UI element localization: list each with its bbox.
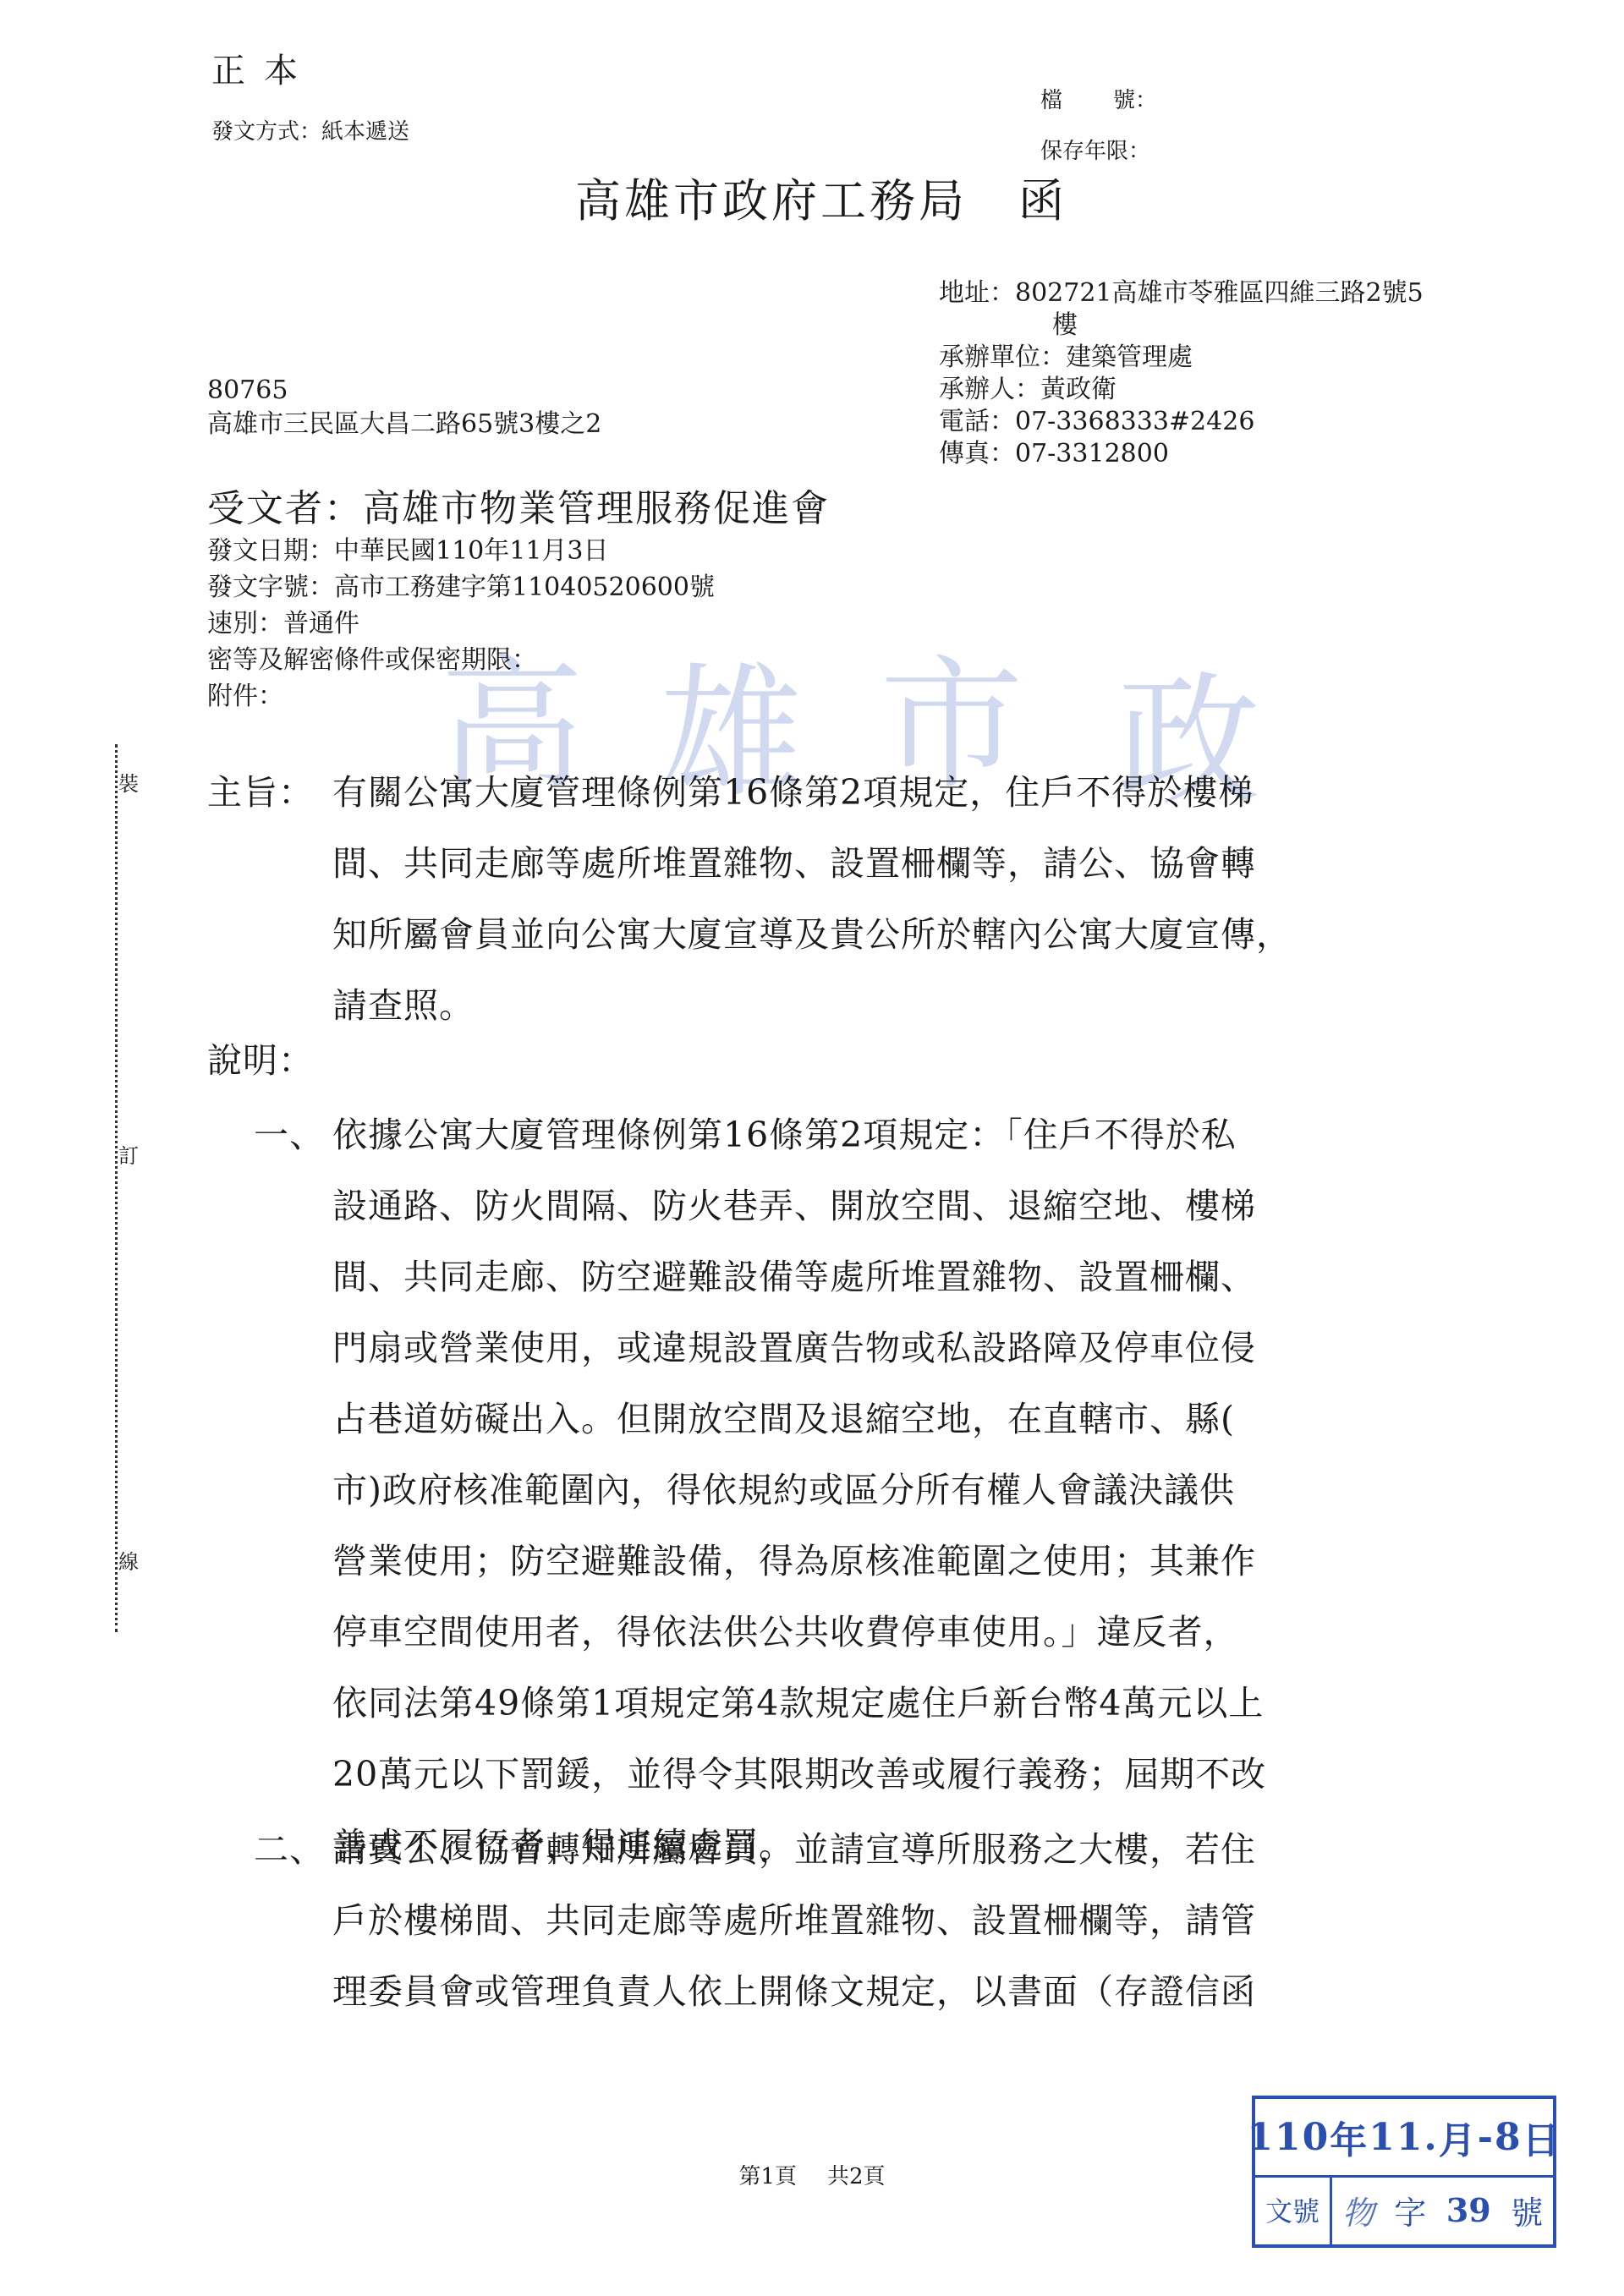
- sender-info: 地址：802721高雄市苓雅區四維三路2號5 樓 承辦單位：建築管理處 承辦人：…: [939, 277, 1424, 470]
- speed-class: 速別：普通件: [207, 606, 715, 642]
- title-organization: 高雄市政府工務局: [575, 174, 968, 227]
- subject-line: 有關公寓大廈管理條例第16條第2項規定，住戶不得於樓梯: [332, 772, 1254, 813]
- page-current: 第1頁: [738, 2164, 797, 2189]
- doc-suffix: 號: [1511, 2187, 1543, 2233]
- recipient-address: 高雄市三民區大昌二路65號3樓之2: [207, 408, 601, 441]
- recipient-address-block: 80765 高雄市三民區大昌二路65號3樓之2: [207, 374, 601, 441]
- item-line: 理委員會或管理負責人依上開條文規定，以書面（存證信函: [254, 1956, 1256, 2027]
- attachments: 附件：: [207, 678, 715, 715]
- item-line: 市)政府核准範圍內，得依規約或區分所有權人會議決議供: [254, 1455, 1266, 1526]
- fax: 傳真：07-3312800: [939, 438, 1424, 470]
- copy-label: 正本: [211, 44, 316, 92]
- subject-line: 知所屬會員並向公寓大廈宣導及貴公所於轄內公寓大廈宣傳，: [207, 899, 1292, 970]
- document-meta: 發文日期：中華民國110年11月3日 發文字號：高市工務建字第110405206…: [207, 533, 715, 715]
- item-line: 依據公寓大廈管理條例第16條第2項規定：「住戶不得於私: [332, 1115, 1237, 1155]
- handling-unit: 承辦單位：建築管理處: [939, 342, 1424, 374]
- send-method: 發文方式：紙本遞送: [211, 114, 409, 145]
- item-line: 門扇或營業使用，或違規設置廣告物或私設路障及停車位侵: [254, 1312, 1266, 1384]
- sender-address-cont: 樓: [939, 310, 1424, 342]
- binding-line: [115, 744, 121, 1632]
- binding-char: 裝: [118, 765, 139, 798]
- day-unit: 日: [1522, 2110, 1561, 2164]
- document-title: 高雄市政府工務局函: [575, 165, 1067, 230]
- recipient-name: 受文者：高雄市物業管理服務促進會: [207, 478, 830, 532]
- item-line: 設通路、防火間隔、防火巷弄、開放空間、退縮空地、樓梯: [254, 1170, 1266, 1241]
- sender-address: 地址：802721高雄市苓雅區四維三路2號5: [939, 277, 1424, 310]
- receipt-year: 110: [1247, 2116, 1330, 2159]
- issue-date: 發文日期：中華民國110年11月3日: [207, 533, 715, 569]
- item-number: 一、: [254, 1099, 332, 1170]
- doc-number-label: 文號: [1255, 2175, 1332, 2244]
- item-line: 占巷道妨礙出入。但開放空間及退縮空地，在直轄市、縣(: [254, 1384, 1266, 1455]
- item-line: 20萬元以下罰鍰，並得令其限期改善或履行義務；屆期不改: [254, 1739, 1266, 1810]
- subject-line: 請查照。: [207, 970, 1292, 1041]
- file-number-label-b: 號：: [1113, 88, 1157, 113]
- explanation-label: 說明：: [207, 1025, 314, 1096]
- title-type: 函: [1018, 174, 1067, 227]
- receipt-doc-number: 物 字 39 號: [1332, 2175, 1553, 2244]
- item-line: 依同法第49條第1項規定第4款規定處住戶新台幣4萬元以上: [254, 1668, 1266, 1739]
- explanation-item-2: 二、請貴公、協會轉知所屬會員，並請宣導所服務之大樓，若住 戶於樓梯間、共同走廊等…: [254, 1814, 1256, 2027]
- document-number: 發文字號：高市工務建字第11040520600號: [207, 569, 715, 606]
- receipt-date: 110年11.月-8日: [1255, 2099, 1553, 2178]
- binding-char: 線: [118, 1543, 139, 1576]
- doc-number: 39: [1446, 2191, 1491, 2229]
- item-line: 戶於樓梯間、共同走廊等處所堆置雜物、設置柵欄等，請管: [254, 1885, 1256, 1956]
- recipient-postal-code: 80765: [207, 374, 601, 408]
- handler: 承辦人：黃政衛: [939, 374, 1424, 406]
- file-number-label-a: 檔: [1040, 88, 1062, 113]
- retention-period-field: 保存年限：: [1040, 134, 1150, 165]
- doc-char: 字: [1394, 2187, 1426, 2233]
- year-unit: 年: [1330, 2110, 1369, 2164]
- explanation-item-1: 一、依據公寓大廈管理條例第16條第2項規定：「住戶不得於私 設通路、防火間隔、防…: [254, 1099, 1266, 1881]
- item-number: 二、: [254, 1814, 332, 1885]
- subject-section: 主旨：有關公寓大廈管理條例第16條第2項規定，住戶不得於樓梯 間、共同走廊等處所…: [207, 757, 1292, 1041]
- handwritten-prefix: 物: [1342, 2187, 1374, 2233]
- page-total: 共2頁: [827, 2164, 886, 2189]
- item-line: 營業使用；防空避難設備，得為原核准範圍之使用；其兼作: [254, 1526, 1266, 1597]
- month-unit: 月: [1439, 2110, 1478, 2164]
- item-line: 間、共同走廊、防空避難設備等處所堆置雜物、設置柵欄、: [254, 1241, 1266, 1312]
- subject-line: 間、共同走廊等處所堆置雜物、設置柵欄等，請公、協會轉: [207, 828, 1292, 899]
- receipt-day: 8: [1495, 2116, 1522, 2159]
- phone: 電話：07-3368333#2426: [939, 406, 1424, 438]
- file-number-field: 檔號：: [1040, 83, 1157, 114]
- item-line: 停車空間使用者，得依法供公共收費停車使用。」違反者，: [254, 1597, 1266, 1668]
- item-line: 請貴公、協會轉知所屬會員，並請宣導所服務之大樓，若住: [332, 1829, 1256, 1870]
- secrecy-level: 密等及解密條件或保密期限：: [207, 642, 715, 678]
- receipt-stamp: 110年11.月-8日 文號 物 字 39 號: [1252, 2096, 1556, 2248]
- binding-char: 訂: [118, 1137, 139, 1170]
- subject-label: 主旨：: [207, 757, 332, 828]
- receipt-month: 11.: [1369, 2116, 1439, 2159]
